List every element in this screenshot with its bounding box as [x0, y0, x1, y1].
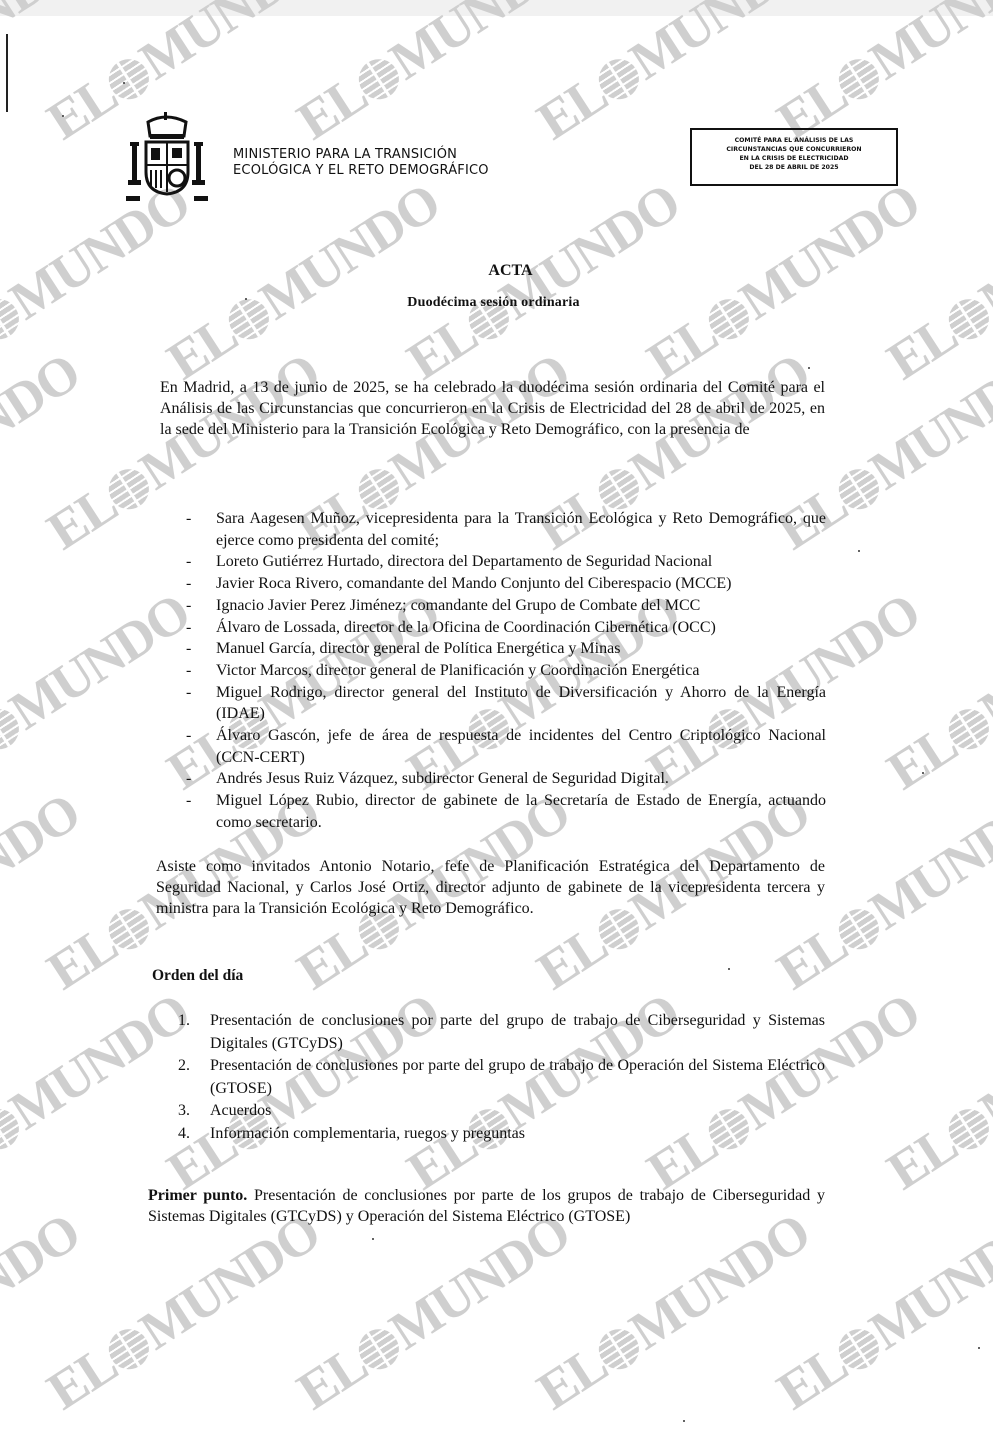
- ministry-line-2: ECOLÓGICA Y EL RETO DEMOGRÁFICO: [233, 163, 489, 179]
- agenda-item: 4.Información complementaria, ruegos y p…: [178, 1123, 825, 1146]
- list-item: -Ignacio Javier Perez Jiménez; comandant…: [186, 595, 826, 617]
- scan-speck: [808, 367, 810, 369]
- scan-speck: [123, 82, 125, 84]
- list-item: -Sara Aagesen Muñoz, vicepresidenta para…: [186, 508, 826, 551]
- spanish-coat-of-arms-icon: [124, 112, 210, 204]
- committee-line: Comité para el análisis de las: [692, 136, 896, 145]
- scan-speck: [683, 1420, 685, 1422]
- scan-speck: [245, 298, 247, 300]
- scan-speck: [372, 1238, 374, 1240]
- first-point-paragraph: Primer punto. Presentación de conclusion…: [148, 1185, 825, 1227]
- first-point-text: Presentación de conclusiones por parte d…: [148, 1187, 825, 1225]
- scan-speck: [922, 772, 924, 774]
- list-item: -Javier Roca Rivero, comandante del Mand…: [186, 573, 826, 595]
- first-point-label: Primer punto.: [148, 1187, 247, 1204]
- list-item: -Manuel García, director general de Polí…: [186, 638, 826, 660]
- agenda-item: 2.Presentación de conclusiones por parte…: [178, 1055, 825, 1100]
- committee-line: circunstancias que concurrieron: [692, 145, 896, 154]
- committee-stamp-box: Comité para el análisis de las circunsta…: [690, 128, 898, 186]
- scan-speck: [728, 968, 730, 970]
- list-item: -Miguel Rodrigo, director general del In…: [186, 682, 826, 725]
- agenda-item: 1.Presentación de conclusiones por parte…: [178, 1010, 825, 1055]
- list-item: -Andrés Jesus Ruiz Vázquez, subdirector …: [186, 768, 826, 790]
- list-item: -Álvaro Gascón, jefe de área de respuest…: [186, 725, 826, 768]
- scan-speck: [858, 550, 860, 552]
- ministry-line-1: MINISTERIO PARA LA TRANSICIÓN: [233, 147, 489, 163]
- document-title: ACTA: [14, 262, 993, 280]
- ministry-name: MINISTERIO PARA LA TRANSICIÓN ECOLÓGICA …: [233, 147, 489, 179]
- committee-line: en la crisis de electricidad: [692, 154, 896, 163]
- list-item: -Miguel López Rubio, director de gabinet…: [186, 790, 826, 833]
- list-item: -Loreto Gutiérrez Hurtado, directora del…: [186, 551, 826, 573]
- document-page: MINISTERIO PARA LA TRANSICIÓN ECOLÓGICA …: [0, 0, 993, 1438]
- agenda-list: 1.Presentación de conclusiones por parte…: [178, 1010, 825, 1145]
- scan-speck: [62, 115, 64, 117]
- agenda-heading: Orden del día: [152, 967, 243, 985]
- agenda-item: 3.Acuerdos: [178, 1100, 825, 1123]
- scan-speck: [978, 1347, 980, 1349]
- list-item: -Victor Marcos, director general de Plan…: [186, 660, 826, 682]
- list-item: -Álvaro de Lossada, director de la Ofici…: [186, 617, 826, 639]
- document-subtitle: Duodécima sesión ordinaria: [0, 295, 990, 311]
- attendees-list: -Sara Aagesen Muñoz, vicepresidenta para…: [186, 508, 826, 834]
- committee-line: del 28 de abril de 2025: [692, 163, 896, 172]
- guests-paragraph: Asiste como invitados Antonio Notario, f…: [156, 856, 825, 919]
- intro-paragraph: En Madrid, a 13 de junio de 2025, se ha …: [160, 377, 825, 440]
